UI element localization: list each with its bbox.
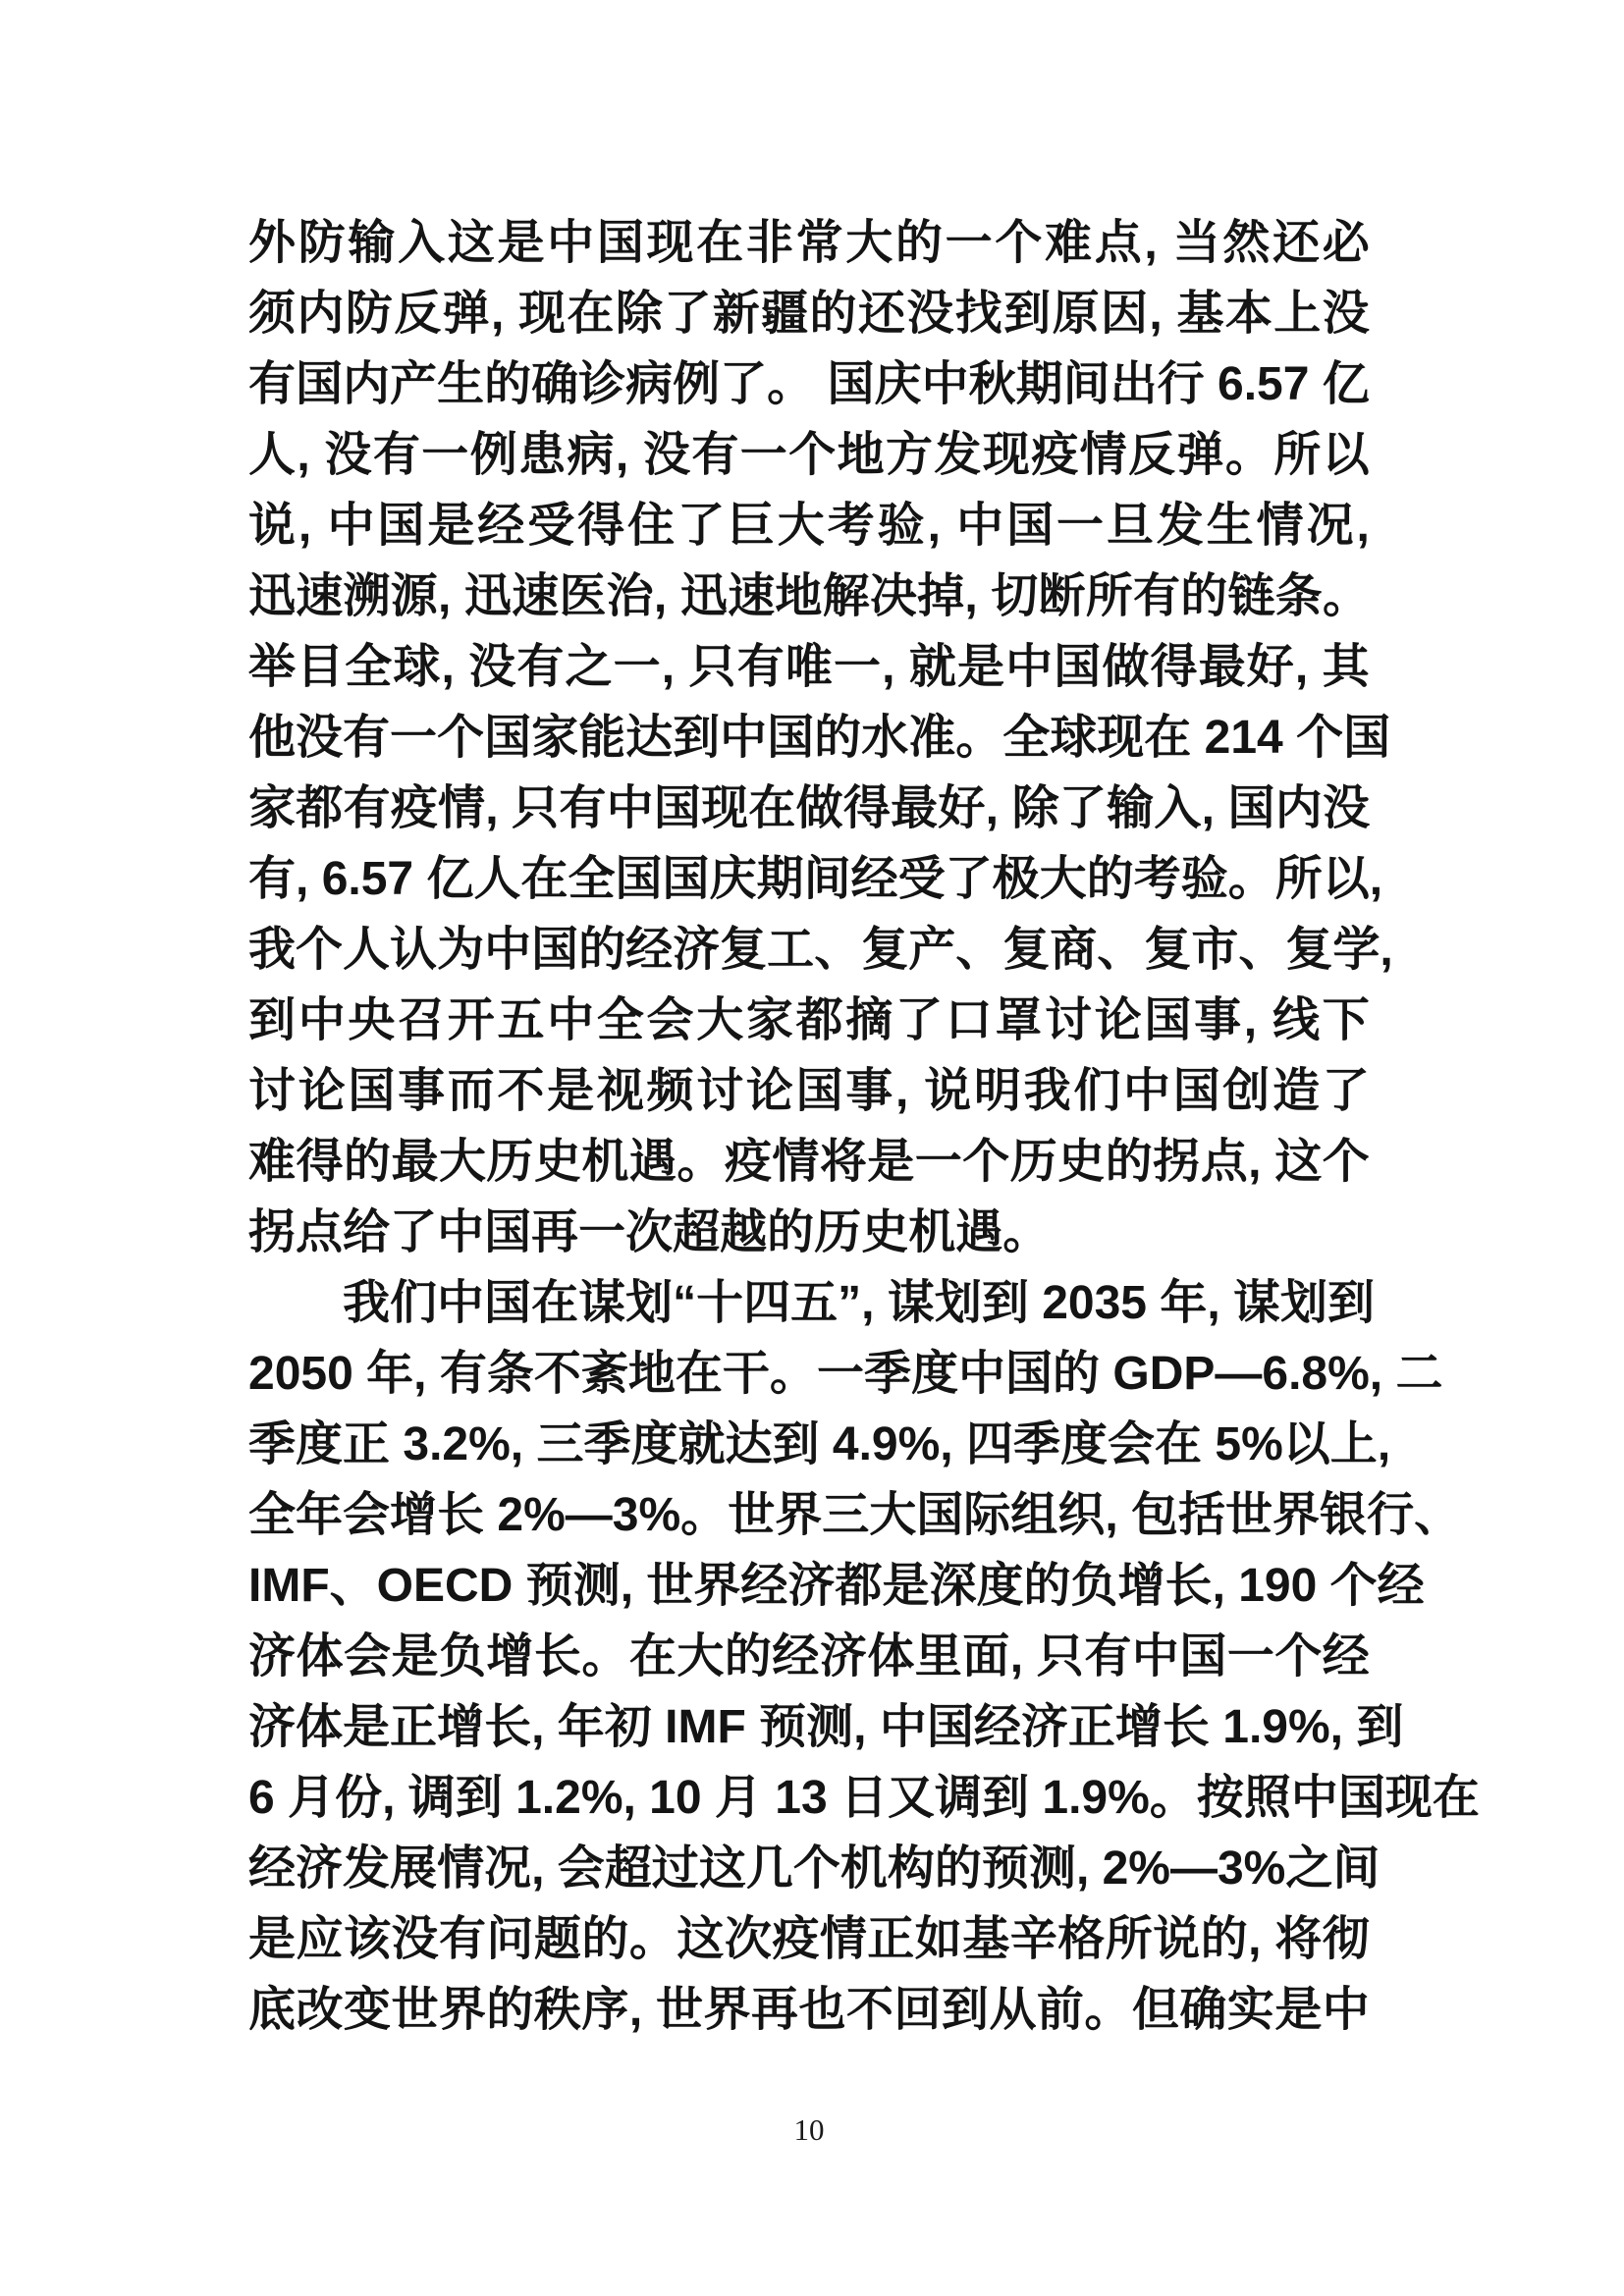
text-line: 到中央召开五中全会大家都摘了口罩讨论国事, 线下 bbox=[248, 986, 1370, 1056]
text-line: 底改变世界的秩序, 世界再也不回到从前。但确实是中 bbox=[248, 1975, 1370, 2046]
text-line: 经济发展情况, 会超过这几个机构的预测, 2%—3%之间 bbox=[248, 1834, 1370, 1904]
text-line: IMF、OECD 预测, 世界经济都是深度的负增长, 190 个经 bbox=[248, 1551, 1370, 1622]
text-line: 2050 年, 有条不紊地在干。一季度中国的 GDP—6.8%, 二 bbox=[248, 1339, 1370, 1410]
text-line: 有国内产生的确诊病例了。 国庆中秋期间出行 6.57 亿 bbox=[248, 349, 1370, 420]
text-line: 讨论国事而不是视频讨论国事, 说明我们中国创造了 bbox=[248, 1056, 1370, 1127]
text-line: 说, 中国是经受得住了巨大考验, 中国一旦发生情况, bbox=[248, 491, 1370, 561]
text-line: 我个人认为中国的经济复工、复产、复商、复市、复学, bbox=[248, 915, 1370, 986]
text-line: 人, 没有一例患病, 没有一个地方发现疫情反弹。所以 bbox=[248, 420, 1370, 491]
text-line: 拐点给了中国再一次超越的历史机遇。 bbox=[248, 1198, 1370, 1268]
text-line: 济体会是负增长。在大的经济体里面, 只有中国一个经 bbox=[248, 1622, 1370, 1692]
text-line: 有, 6.57 亿人在全国国庆期间经受了极大的考验。所以, bbox=[248, 844, 1370, 915]
text-line: 我们中国在谋划“十四五”, 谋划到 2035 年, 谋划到 bbox=[248, 1268, 1370, 1339]
text-line: 季度正 3.2%, 三季度就达到 4.9%, 四季度会在 5%以上, bbox=[248, 1410, 1370, 1480]
text-line: 全年会增长 2%—3%。世界三大国际组织, 包括世界银行、 bbox=[248, 1480, 1370, 1551]
text-line: 是应该没有问题的。这次疫情正如基辛格所说的, 将彻 bbox=[248, 1904, 1370, 1975]
text-line: 举目全球, 没有之一, 只有唯一, 就是中国做得最好, 其 bbox=[248, 632, 1370, 703]
text-line: 难得的最大历史机遇。疫情将是一个历史的拐点, 这个 bbox=[248, 1127, 1370, 1198]
text-block: 外防输入这是中国现在非常大的一个难点, 当然还必须内防反弹, 现在除了新疆的还没… bbox=[248, 208, 1370, 2046]
text-line: 外防输入这是中国现在非常大的一个难点, 当然还必 bbox=[248, 208, 1370, 279]
page-number: 10 bbox=[248, 2110, 1370, 2150]
text-line: 他没有一个国家能达到中国的水准。全球现在 214 个国 bbox=[248, 703, 1370, 774]
text-line: 济体是正增长, 年初 IMF 预测, 中国经济正增长 1.9%, 到 bbox=[248, 1692, 1370, 1763]
text-line: 须内防反弹, 现在除了新疆的还没找到原因, 基本上没 bbox=[248, 279, 1370, 349]
text-line: 6 月份, 调到 1.2%, 10 月 13 日又调到 1.9%。按照中国现在 bbox=[248, 1763, 1370, 1834]
document-page: 外防输入这是中国现在非常大的一个难点, 当然还必须内防反弹, 现在除了新疆的还没… bbox=[0, 0, 1624, 2296]
text-line: 家都有疫情, 只有中国现在做得最好, 除了输入, 国内没 bbox=[248, 774, 1370, 844]
text-line: 迅速溯源, 迅速医治, 迅速地解决掉, 切断所有的链条。 bbox=[248, 561, 1370, 632]
